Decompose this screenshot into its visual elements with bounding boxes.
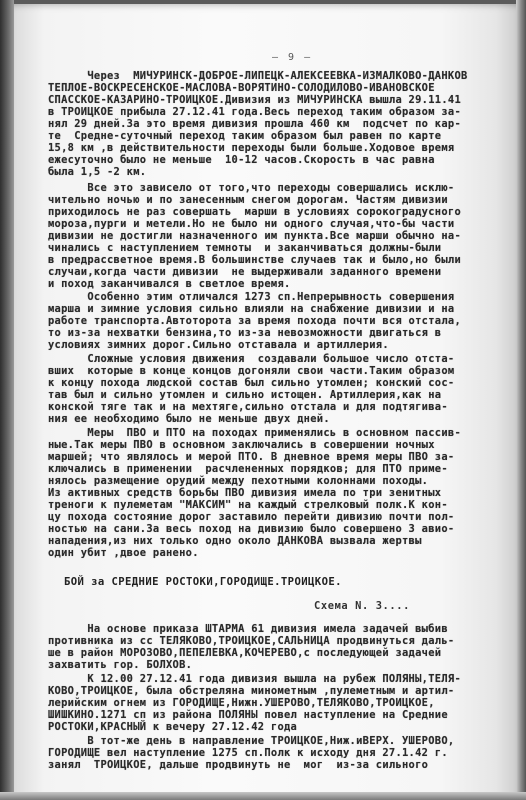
scanned-document: — 9 — Через МИЧУРИНСК-ДОБРОЕ-ЛИПЕЦК-АЛЕК… [0, 0, 526, 800]
text-line: вших которые в конце концов догоняли сво… [48, 366, 454, 377]
text-line: конской тяге так и на мехтяге,сильно отс… [48, 402, 448, 413]
typewritten-page: — 9 — Через МИЧУРИНСК-ДОБРОЕ-ЛИПЕЦК-АЛЕК… [14, 4, 516, 794]
text-line: и поход заканчивался в светлое время. [48, 279, 291, 290]
text-line: 15,8 км ,в действительности переходы был… [48, 143, 454, 154]
text-line: тав был и сильно утомлен и сильно истоще… [48, 390, 441, 401]
text-line: ТЕПЛОЕ-ВОСКРЕСЕНСКОЕ-МАСЛОВА-ВОРЯТИНО-СО… [48, 83, 435, 94]
text-line: работе транспорта.Автоторота за время по… [48, 316, 461, 327]
scan-left-edge [0, 0, 14, 800]
text-line: была 1,5 -2 км. [48, 167, 146, 178]
text-line: ШИШКИНО.1271 сп из района ПОЛЯНЫ повел н… [48, 710, 448, 721]
text-line: ше в район МОРОЗОВО,ПЕПЕЛЕВКА,КОЧЕРЕВО,с… [48, 648, 441, 659]
text-line: марша и зимние условия сильно влияли на … [48, 304, 454, 315]
text-line: мороза,пурги и метели.Но не было ни одно… [48, 219, 454, 230]
text-line: лерийским огнем из ГОРОДИЩЕ,Нижн.УШЕРОВО… [48, 698, 435, 709]
text-line: занял ТРОИЦКОЕ, дальше продвинуть не мог… [48, 760, 428, 771]
section-heading: БОЙ за СРЕДНИЕ РОСТОКИ,ГОРОДИЩЕ.ТРОИЦКОЕ… [64, 576, 342, 588]
text-line: приходилось не раз совершать марши в усл… [48, 207, 461, 218]
scan-bottom-edge [0, 792, 526, 800]
text-line: один убит ,двое ранено. [48, 548, 199, 559]
text-line: Все это зависело от того,что переходы со… [48, 183, 454, 194]
text-line: ния ее необходимо было не меньше двух дн… [48, 414, 330, 425]
text-line: ежесуточно было не меньше 10-12 часов.Ск… [48, 155, 435, 166]
text-line: в ТРОИЦКОЕ прибыла 27.12.41 года.Весь пе… [48, 107, 461, 118]
text-line: ные.Так меры ПВО в основном заключались … [48, 440, 435, 451]
text-line: КОВО,ТРОИЦКОЕ, была обстреляна минометны… [48, 686, 454, 697]
text-line: нападения,из них только одно около ДАНКО… [48, 536, 422, 547]
text-line: ключались в применении расчлененных поря… [48, 464, 448, 475]
text-line: На основе приказа ШТАРМА 61 дивизия имел… [48, 624, 448, 635]
text-line: Особенно этим отличался 1273 сп.Непрерыв… [48, 292, 454, 303]
text-line: треноги к пулеметам "МАКСИМ" на каждый с… [48, 500, 448, 511]
text-line: маршей; что являлось и мерой ПТО. В днев… [48, 452, 454, 463]
text-line: нял 29 дней.За это время дивизия прошла … [48, 119, 461, 130]
text-line: к концу похода людской состав был сильно… [48, 378, 454, 389]
text-line: РОСТОКИ,КРАСНЫЙ к вечеру 27.12.42 года [48, 722, 297, 733]
text-line: захватить гор. БОЛХОВ. [48, 660, 192, 671]
text-line: ГОРОДИЩЕ вел наступление 1275 сп.Полк к … [48, 748, 448, 759]
scheme-label: Схема N. 3.... [314, 600, 410, 612]
text-line: Сложные условия движения создавали больш… [48, 354, 454, 365]
text-line: СПАССКОЕ-КАЗАРИНО-ТРОИЦКОЕ.Дивизия из МИ… [48, 95, 461, 106]
text-line: те Средне-суточный переход таким образом… [48, 131, 441, 142]
text-line: противника из сс ТЕЛЯКОВО,ТРОИЦКОЕ,САЛЬН… [48, 636, 454, 647]
text-line: условиях зимних дорог.Сильно отставала и… [48, 340, 389, 351]
text-line: Из активных средств борьбы ПВО дивизия и… [48, 488, 441, 499]
text-line: дивизии не достигли назначенного им пунк… [48, 231, 461, 242]
text-line: цу похода состояние дорог заставило пере… [48, 512, 454, 523]
text-line: ностью на сани.За весь поход на дивизию … [48, 524, 454, 535]
text-line: К 12.00 27.12.41 года дивизия вышла на р… [48, 674, 461, 685]
scan-right-edge [516, 0, 526, 800]
text-line: чинались с наступлением темноты и заканч… [48, 243, 441, 254]
text-line: случаи,когда части дивизии не выдерживал… [48, 267, 441, 278]
page-number: — 9 — [272, 52, 312, 63]
text-line: в предрассветное время.В большинстве слу… [48, 255, 461, 266]
text-line: то из-за нехватки бензина,то из-за невоз… [48, 328, 441, 339]
text-line: нялось размещение орудий между пехотными… [48, 476, 428, 487]
text-line: В тот-же день в направление ТРОИЦКОЕ,Ниж… [48, 736, 454, 747]
text-line: Меры ПВО и ПТО на походах применялись в … [48, 428, 461, 439]
text-line: Через МИЧУРИНСК-ДОБРОЕ-ЛИПЕЦК-АЛЕКСЕЕВКА… [48, 71, 468, 82]
text-line: чительно ночью и по занесенным снегом до… [48, 195, 448, 206]
